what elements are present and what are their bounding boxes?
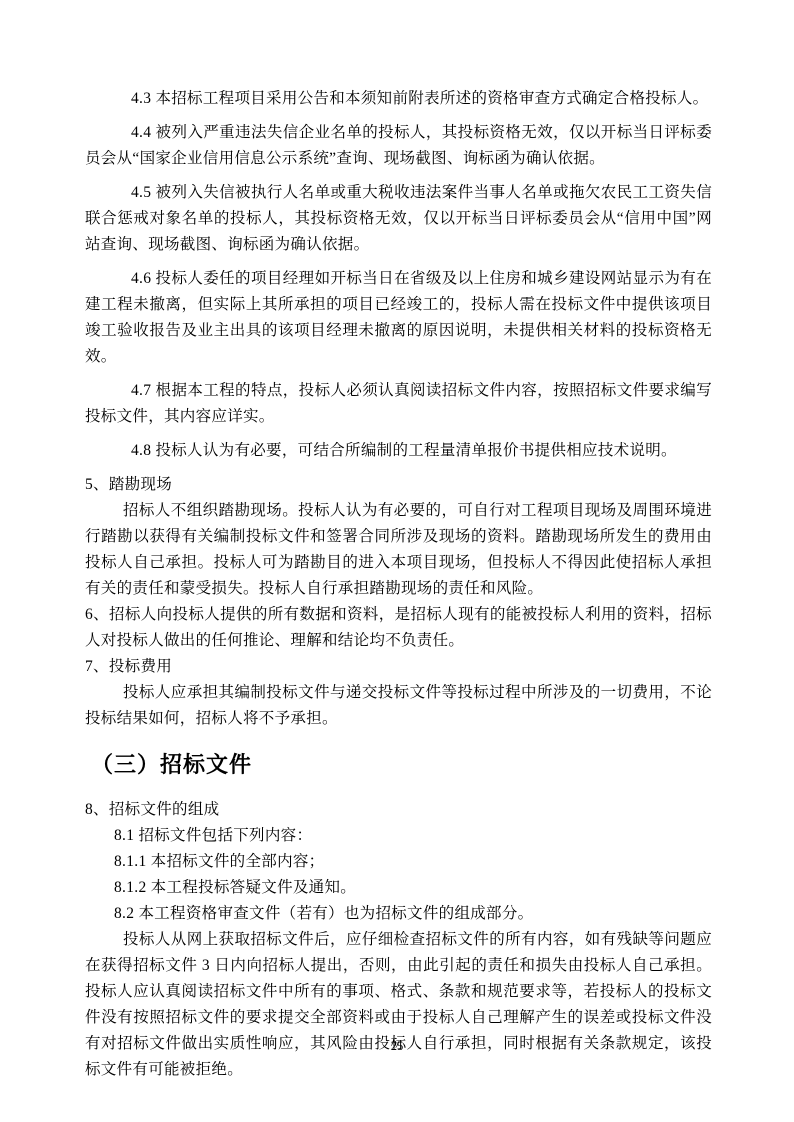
- clause-8-1-2: 8.1.2 本工程投标答疑文件及通知。: [85, 875, 712, 901]
- clause-4-6: 4.6 投标人委任的项目经理如开标当日在省级及以上住房和城乡建设网站显示为有在建…: [85, 266, 712, 370]
- clause-8-1: 8.1 招标文件包括下列内容：: [85, 823, 712, 849]
- clause-4-4: 4.4 被列入严重违法失信企业名单的投标人，其投标资格无效，仅以开标当日评标委员…: [85, 120, 712, 172]
- item-8-body: 投标人从网上获取招标文件后，应仔细检查招标文件的所有内容，如有残缺等问题应在获得…: [85, 927, 712, 1083]
- document-page: 4.3 本招标工程项目采用公告和本须知前附表所述的资格审查方式确定合格投标人。 …: [0, 0, 794, 1122]
- item-8-heading: 8、招标文件的组成: [85, 797, 712, 823]
- clause-8-2: 8.2 本工程资格审查文件（若有）也为招标文件的组成部分。: [85, 901, 712, 927]
- item-5-heading: 5、踏勘现场: [85, 472, 712, 498]
- item-6-paragraph: 6、招标人向投标人提供的所有数据和资料，是招标人现有的能被投标人利用的资料，招标…: [85, 602, 712, 654]
- section-3-heading: （三）招标文件: [91, 750, 712, 780]
- item-5-body: 招标人不组织踏勘现场。投标人认为有必要的，可自行对工程项目现场及周围环境进行踏勘…: [85, 498, 712, 602]
- clause-4-7: 4.7 根据本工程的特点，投标人必须认真阅读招标文件内容，按照招标文件要求编写投…: [85, 378, 712, 430]
- clause-8-1-1: 8.1.1 本招标文件的全部内容；: [85, 849, 712, 875]
- document-content: 4.3 本招标工程项目采用公告和本须知前附表所述的资格审查方式确定合格投标人。 …: [85, 86, 712, 1083]
- clause-4-5: 4.5 被列入失信被执行人名单或重大税收违法案件当事人名单或拖欠农民工工资失信联…: [85, 180, 712, 258]
- item-7-body: 投标人应承担其编制投标文件与递交投标文件等投标过程中所涉及的一切费用，不论投标结…: [85, 680, 712, 732]
- page-number: 25: [391, 1039, 404, 1053]
- clause-4-8: 4.8 投标人认为有必要，可结合所编制的工程量清单报价书提供相应技术说明。: [85, 438, 712, 464]
- item-7-heading: 7、投标费用: [85, 654, 712, 680]
- clause-4-3: 4.3 本招标工程项目采用公告和本须知前附表所述的资格审查方式确定合格投标人。: [85, 86, 712, 112]
- page-footer: 25: [0, 1037, 794, 1055]
